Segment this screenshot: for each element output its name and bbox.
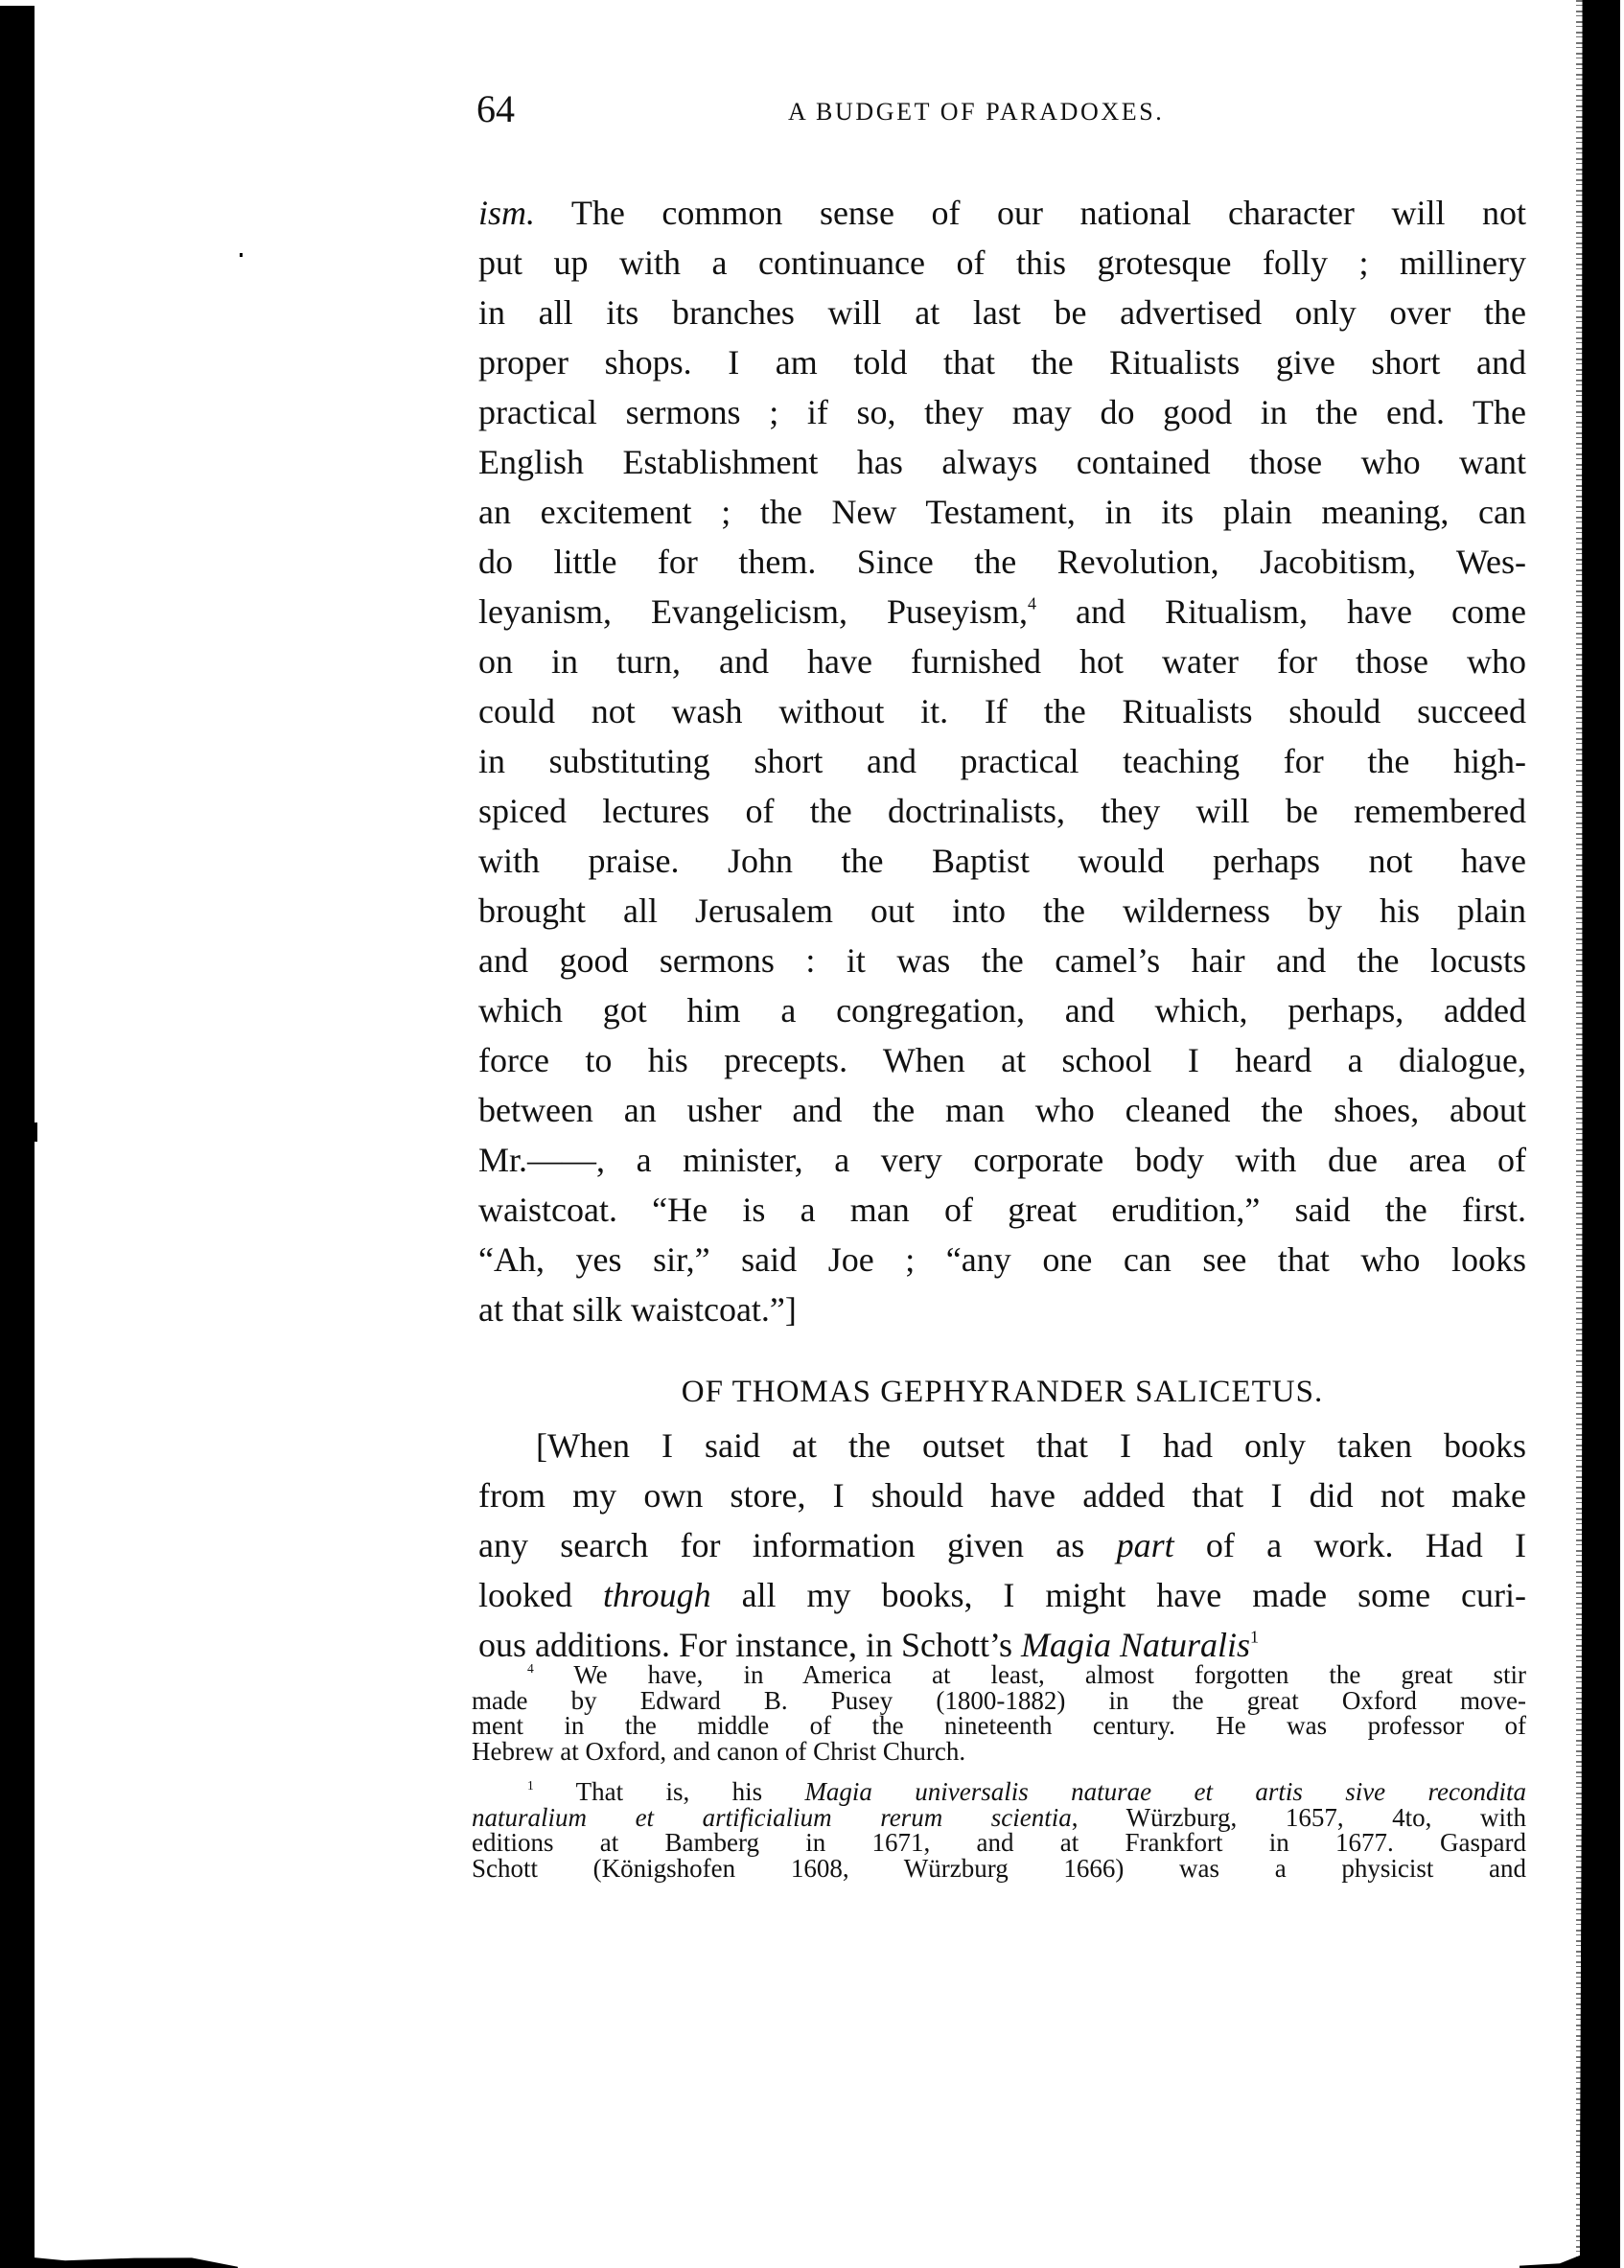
text-run: Mr.——, a minister, a very corporate body… — [478, 1141, 1526, 1179]
text-run: force to his precepts. When at school I … — [478, 1041, 1526, 1079]
text-line: with praise. John the Baptist would perh… — [478, 836, 1526, 886]
italic-text: Magia Naturalis — [1021, 1626, 1250, 1664]
text-line: practical sermons ; if so, they may do g… — [478, 387, 1526, 437]
footnotes: 4 We have, in America at least, almost f… — [472, 1662, 1526, 1881]
text-run: editions at Bamberg in 1671, and at Fran… — [472, 1828, 1526, 1857]
italic-text: ism. — [478, 194, 535, 232]
text-line: and good sermons : it was the camel’s ha… — [478, 936, 1526, 985]
text-line: Mr.——, a minister, a very corporate body… — [478, 1135, 1526, 1185]
text-run: with praise. John the Baptist would perh… — [478, 842, 1526, 880]
text-run: “Ah, yes sir,” said Joe ; “any one can s… — [478, 1240, 1526, 1279]
text-run: on in turn, and have furnished hot water… — [478, 642, 1526, 681]
text-line: waistcoat. “He is a man of great eruditi… — [478, 1185, 1526, 1235]
text-run: ous additions. For instance, in Schott’s — [478, 1626, 1021, 1664]
footnote-1: 1 That is, his Magia universalis naturae… — [472, 1779, 1526, 1881]
footnote-marker: 4 — [1028, 594, 1036, 613]
running-title: A BUDGET OF PARADOXES. — [788, 99, 1164, 126]
paragraph-2: [When I said at the outset that I had on… — [478, 1421, 1526, 1670]
text-line: on in turn, and have furnished hot water… — [478, 636, 1526, 686]
footnote-line: made by Edward B. Pusey (1800-1882) in t… — [472, 1688, 1526, 1714]
scan-border-right — [1580, 0, 1620, 2268]
text-run: all my books, I might have made some cur… — [711, 1576, 1526, 1614]
text-line: an excitement ; the New Testament, in it… — [478, 487, 1526, 537]
footnote-line: 1 That is, his Magia universalis naturae… — [472, 1779, 1526, 1805]
text-line: proper shops. I am told that the Rituali… — [478, 337, 1526, 387]
footnote-line: Schott (Königshofen 1608, Würzburg 1666)… — [472, 1856, 1526, 1882]
text-line: from my own store, I should have added t… — [478, 1470, 1526, 1520]
text-run: do little for them. Since the Revolution… — [478, 543, 1526, 581]
text-run: Schott (Königshofen 1608, Würzburg 1666)… — [472, 1854, 1526, 1883]
text-run: which got him a congregation, and which,… — [478, 991, 1526, 1030]
scan-speck — [240, 253, 243, 257]
text-run: of a work. Had I — [1174, 1526, 1526, 1564]
text-run: in substituting short and practical teac… — [478, 742, 1526, 780]
text-line: at that silk waistcoat.”] — [478, 1284, 1526, 1334]
paragraph-1: ism. The common sense of our national ch… — [478, 188, 1526, 1334]
text-line: [When I said at the outset that I had on… — [478, 1421, 1526, 1470]
text-run: That is, his — [534, 1777, 805, 1806]
text-line: force to his precepts. When at school I … — [478, 1035, 1526, 1085]
text-line: looked through all my books, I might hav… — [478, 1570, 1526, 1620]
text-line: spiced lectures of the doctrinalists, th… — [478, 786, 1526, 836]
text-run: between an usher and the man who cleaned… — [478, 1091, 1526, 1129]
text-run: made by Edward B. Pusey (1800-1882) in t… — [472, 1686, 1526, 1715]
text-run: spiced lectures of the doctrinalists, th… — [478, 792, 1526, 830]
footnote-line: naturalium et artificialium rerum scient… — [472, 1805, 1526, 1831]
text-run: an excitement ; the New Testament, in it… — [478, 493, 1526, 531]
page-number: 64 — [476, 90, 515, 128]
text-run: leyanism, Evangelicism, Puseyism, — [478, 592, 1028, 631]
text-run: could not wash without it. If the Ritual… — [478, 692, 1526, 730]
text-line: “Ah, yes sir,” said Joe ; “any one can s… — [478, 1235, 1526, 1284]
text-run: and Ritualism, have come — [1036, 592, 1526, 631]
text-line: in substituting short and practical teac… — [478, 736, 1526, 786]
text-line: between an usher and the man who cleaned… — [478, 1085, 1526, 1135]
text-line: do little for them. Since the Revolution… — [478, 537, 1526, 587]
text-run: waistcoat. “He is a man of great eruditi… — [478, 1191, 1526, 1229]
section-heading: OF THOMAS GEPHYRANDER SALICETUS. — [478, 1367, 1526, 1417]
text-run: [When I said at the outset that I had on… — [536, 1426, 1526, 1465]
text-line: brought all Jerusalem out into the wilde… — [478, 886, 1526, 936]
text-line: could not wash without it. If the Ritual… — [478, 686, 1526, 736]
text-line: which got him a congregation, and which,… — [478, 985, 1526, 1035]
text-run: any search for information given as — [478, 1526, 1117, 1564]
text-run: We have, in America at least, almost for… — [534, 1660, 1526, 1689]
footnote-marker: 1 — [527, 1778, 534, 1793]
text-line: in all its branches will at last be adve… — [478, 288, 1526, 337]
footnote-line: 4 We have, in America at least, almost f… — [472, 1662, 1526, 1688]
text-line: ism. The common sense of our national ch… — [478, 188, 1526, 238]
text-run: from my own store, I should have added t… — [478, 1476, 1526, 1515]
text-line: English Establishment has always contain… — [478, 437, 1526, 487]
text-run: English Establishment has always contain… — [478, 443, 1526, 481]
text-line: leyanism, Evangelicism, Puseyism,4 and R… — [478, 587, 1526, 636]
text-run: practical sermons ; if so, they may do g… — [478, 393, 1526, 431]
text-line: put up with a continuance of this grotes… — [478, 238, 1526, 288]
text-run: looked — [478, 1576, 603, 1614]
italic-text: part — [1117, 1526, 1174, 1564]
text-run: ment in the middle of the nineteenth cen… — [472, 1711, 1526, 1740]
footnote-line: ment in the middle of the nineteenth cen… — [472, 1713, 1526, 1739]
body-text: ism. The common sense of our national ch… — [478, 188, 1526, 1670]
footnote-marker: 4 — [527, 1661, 534, 1676]
italic-text: Magia universalis naturae et artis sive … — [804, 1777, 1526, 1806]
scan-border-bottom-left — [8, 2256, 238, 2268]
text-run: brought all Jerusalem out into the wilde… — [478, 891, 1526, 930]
footnote-line: editions at Bamberg in 1671, and at Fran… — [472, 1830, 1526, 1856]
italic-text: through — [603, 1576, 711, 1614]
footnote-4: 4 We have, in America at least, almost f… — [472, 1662, 1526, 1764]
text-run: The common sense of our national charact… — [535, 194, 1526, 232]
text-run: and good sermons : it was the camel’s ha… — [478, 941, 1526, 980]
text-run: at that silk waistcoat.”] — [478, 1290, 797, 1329]
text-run: , Würzburg, 1657, 4to, with — [1072, 1803, 1526, 1832]
text-line: any search for information given as part… — [478, 1520, 1526, 1570]
text-run: in all its branches will at last be adve… — [478, 293, 1526, 332]
text-run: put up with a continuance of this grotes… — [478, 243, 1526, 282]
text-run: Hebrew at Oxford, and canon of Christ Ch… — [472, 1737, 965, 1766]
footnote-marker: 1 — [1250, 1628, 1259, 1647]
italic-text: naturalium et artificialium rerum scient… — [472, 1803, 1072, 1832]
scan-border-left-notch — [35, 1122, 37, 1142]
scan-border-left — [0, 6, 35, 2268]
text-run: proper shops. I am told that the Rituali… — [478, 343, 1526, 382]
footnote-line: Hebrew at Oxford, and canon of Christ Ch… — [472, 1739, 1526, 1765]
